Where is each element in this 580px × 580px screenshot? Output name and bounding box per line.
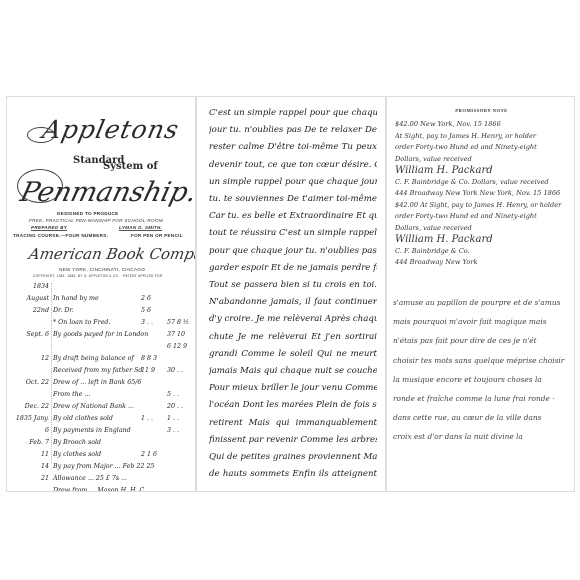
author: LYMAN D. SMITH. [119, 225, 162, 231]
ledger-description: By pay from Major ... Feb 22 25 [53, 463, 154, 470]
poem-line: croix est d'or dans la nuit divine la [393, 427, 569, 446]
script-line: Qui de petites graines proviennent Mais [209, 449, 377, 466]
ledger-date: Oct. 22 [15, 379, 49, 386]
ledger-row: Drew from ... Mason H. H. C. [15, 487, 191, 492]
note-line: 444 Broadway New York [395, 257, 569, 269]
designed-to-produce: DESIGNED TO PRODUCE [57, 211, 119, 216]
ledger-amount: 8 8 3 [141, 355, 157, 362]
poem-line: la musique encore et toujours choses la [393, 370, 569, 389]
ledger: 1834AugustIn hand by me2 622ndDr. Dr.5 6… [15, 283, 191, 492]
ledger-row: 12By draft being balance of8 8 3 [15, 355, 191, 367]
poem-line: mais pourquoi m'avoir fait magique mais [393, 312, 569, 331]
ledger-row: Dec. 22Drew of National Bank ...20 . . [15, 403, 191, 415]
ledger-row: 1834 [15, 283, 191, 295]
script-line: tout te réussira C'est un simple rappel [209, 225, 377, 242]
script-line: tu. te souviennes De t'aimer toi-même [209, 191, 377, 208]
note-line: 444 Broadway New York New York, Nov. 15 … [395, 188, 569, 200]
script-line: N'abandonne jamais, il faut continuer [209, 294, 377, 311]
note-line: order Forty-two Hund ed and Ninety-eight [395, 211, 569, 223]
ledger-date: Sept. 6 [15, 331, 49, 338]
script-line: d'y croire. Je me relèverai Après chaque [209, 311, 377, 328]
script-line: Car tu. es belle et Extraordinaire Et qu… [209, 208, 377, 225]
script-line: garder espoir Et de ne jamais perdre foi [209, 260, 377, 277]
ledger-date: Dec. 22 [15, 403, 49, 410]
ledger-description: * On loan to Fred. [53, 319, 110, 326]
ledger-row: From the ...5 . . [15, 391, 191, 403]
ledger-row: Oct. 22Drew of ... left in Bank 65/6 [15, 379, 191, 391]
copyright: COPYRIGHT, 1881, 1885, BY D. APPLETON & … [33, 274, 162, 278]
ledger-amount: 2 6 [141, 295, 151, 302]
ledger-description: By old clothes sold [53, 415, 113, 422]
script-line: C'est un simple rappel pour que chaque [209, 105, 377, 122]
ledger-description: By payments in England [53, 427, 131, 434]
promissory-note-text: $42.00 New York, Nov. 15 1866 At Sight, … [395, 119, 569, 269]
note-line: William H. Packard [395, 165, 569, 177]
ledger-description: Dr. Dr. [53, 307, 74, 314]
ledger-description: By draft being balance of [53, 355, 134, 362]
note-line: Dollars, value received [395, 223, 569, 235]
script-line: retirent Mais qui immanquablement [209, 415, 377, 432]
ledger-description: By Brooch sold [53, 439, 101, 446]
ledger-description: Drew of ... left in Bank 65/6 [53, 379, 141, 386]
script-line: de hauts sommets Enfin ils atteignent [209, 466, 377, 483]
note-line: William H. Packard [395, 234, 569, 246]
ledger-row: 6By payments in England3 . . [15, 427, 191, 439]
script-line: chute Je me relèverai Et j'en sortirai [209, 329, 377, 346]
cities: NEW YORK, CINCINNATI, CHICAGO [59, 267, 145, 272]
poem-line: s'amuse au papillon de pourpre et de s'a… [393, 293, 569, 312]
ledger-date: 1835 Jany. [15, 415, 49, 422]
title-appletons: Appletons [40, 115, 182, 144]
ledger-date: 22nd [15, 307, 49, 314]
script-line: devenir tout, ce que ton cœur désire. C'… [209, 157, 377, 174]
ledger-description: In hand by me [53, 295, 99, 302]
poem-line: choisir tes mots sans quelque méprise ch… [393, 351, 569, 370]
panel-french-script: C'est un simple rappel pour que chaquejo… [196, 96, 386, 492]
publisher: American Book Company [27, 245, 196, 263]
poem-line: dans cette rue, au cœur de la ville dans [393, 408, 569, 427]
ledger-date: 1834 [15, 283, 49, 290]
poem-line: ronde et fraîche comme la lune frai rond… [393, 389, 569, 408]
ledger-row: 6 12 9 [15, 343, 191, 355]
note-line: At Sight, pay to James H. Henry, or hold… [395, 131, 569, 143]
note-line: $42.00 At Sight, pay to James H. Henry, … [395, 200, 569, 212]
script-line: rester calme D'être toi-même Tu peux [209, 139, 377, 156]
decorative-swash [27, 127, 55, 143]
ledger-date: 11 [15, 451, 49, 458]
ledger-description: By goods payed for in London [53, 331, 148, 338]
ledger-row: Feb. 7By Brooch sold [15, 439, 191, 451]
ledger-total: 30 . . [167, 367, 183, 374]
ledger-row: AugustIn hand by me2 6 [15, 295, 191, 307]
poem-text: s'amuse au papillon de pourpre et de s'a… [393, 293, 569, 447]
ledger-total: 57 8 ½ [167, 319, 189, 326]
panel-penmanship-ledger: Appletons Standard System of Penmanship.… [6, 96, 196, 492]
practical-line: FREE, PRACTICAL PEN-MANSHIP FOR SCHOOL-R… [29, 218, 164, 223]
ledger-total: 5 . . [167, 391, 179, 398]
ledger-description: By clothes sold [53, 451, 101, 458]
script-line: grandi Comme le soleil Qui ne meurt [209, 346, 377, 363]
script-line: pour que chaque jour tu. n'oublies pas D… [209, 243, 377, 260]
ledger-row: 1835 Jany.By old clothes sold1 . .1 . . [15, 415, 191, 427]
poem-line: n'étais pas fait pour dire de ces je n'é… [393, 331, 569, 350]
ledger-description: Received from my father Sd [53, 367, 142, 374]
note-line: C. F. Bainbridge & Co. Dollars, value re… [395, 177, 569, 189]
prepared-by: PREPARED BY [31, 225, 67, 231]
ledger-amount: 2 1 6 [141, 451, 157, 458]
ledger-amount: 3 . . [141, 319, 153, 326]
panel-promissory-note: PROMISSORY NOTE $42.00 New York, Nov. 15… [386, 96, 575, 492]
ledger-amount: 11 9 [141, 367, 155, 374]
ledger-date: August [15, 295, 49, 302]
title-system: System of [103, 161, 158, 172]
pen-or-pencil: FOR PEN OR PENCIL [131, 233, 183, 238]
ledger-description: Allowance ... 25 £ 7s ... [53, 475, 127, 482]
script-line: Tout se passera bien si tu crois en toi. [209, 277, 377, 294]
ledger-amount: 5 6 [141, 307, 151, 314]
script-line: un simple rappel pour que chaque jour [209, 174, 377, 191]
ledger-total: 20 . . [167, 403, 183, 410]
ledger-total: 3 . . [167, 427, 179, 434]
promissory-note-heading: PROMISSORY NOTE [387, 108, 575, 113]
ledger-date: 12 [15, 355, 49, 362]
ledger-row: 11By clothes sold2 1 6 [15, 451, 191, 463]
title-penmanship: Penmanship. [17, 177, 196, 208]
ledger-row: Received from my father Sd11 930 . . [15, 367, 191, 379]
ledger-date: 21 [15, 475, 49, 482]
note-line: C. F. Bainbridge & Co. [395, 246, 569, 258]
ledger-amount: 1 . . [141, 415, 153, 422]
ledger-date: Feb. 7 [15, 439, 49, 446]
french-script-text: C'est un simple rappel pour que chaquejo… [209, 105, 377, 483]
ledger-row: 22ndDr. Dr.5 6 [15, 307, 191, 319]
script-line: jour tu. n'oublies pas De te relaxer De [209, 122, 377, 139]
ledger-total: 1 . . [167, 415, 179, 422]
ledger-description: From the ... [53, 391, 90, 398]
ledger-row: 14By pay from Major ... Feb 22 25 [15, 463, 191, 475]
ledger-row: * On loan to Fred.3 . .57 8 ½ [15, 319, 191, 331]
ledger-description: Drew of National Bank ... [53, 403, 134, 410]
tracing-course: TRACING COURSE.—FOUR NUMBERS. [13, 233, 108, 238]
note-line: order Forty-two Hund ed and Ninety-eight [395, 142, 569, 154]
ledger-total: 37 10 [167, 331, 185, 338]
script-line: finissent par revenir Comme les arbres [209, 432, 377, 449]
note-line: Dollars, value received [395, 154, 569, 166]
ledger-description: Drew from ... Mason H. H. C. [53, 487, 146, 492]
script-line: jamais Mais qui chaque nuit se couche [209, 363, 377, 380]
script-line: l'océan Dont les marées Plein de fois se [209, 397, 377, 414]
ledger-date: 14 [15, 463, 49, 470]
ledger-row: Sept. 6By goods payed for in London37 10 [15, 331, 191, 343]
note-line: $42.00 New York, Nov. 15 1866 [395, 119, 569, 131]
ledger-total: 6 12 9 [167, 343, 187, 350]
ledger-date: 6 [15, 427, 49, 434]
script-line: Pour mieux briller le jour venu Comme [209, 380, 377, 397]
ledger-row: 21Allowance ... 25 £ 7s ... [15, 475, 191, 487]
